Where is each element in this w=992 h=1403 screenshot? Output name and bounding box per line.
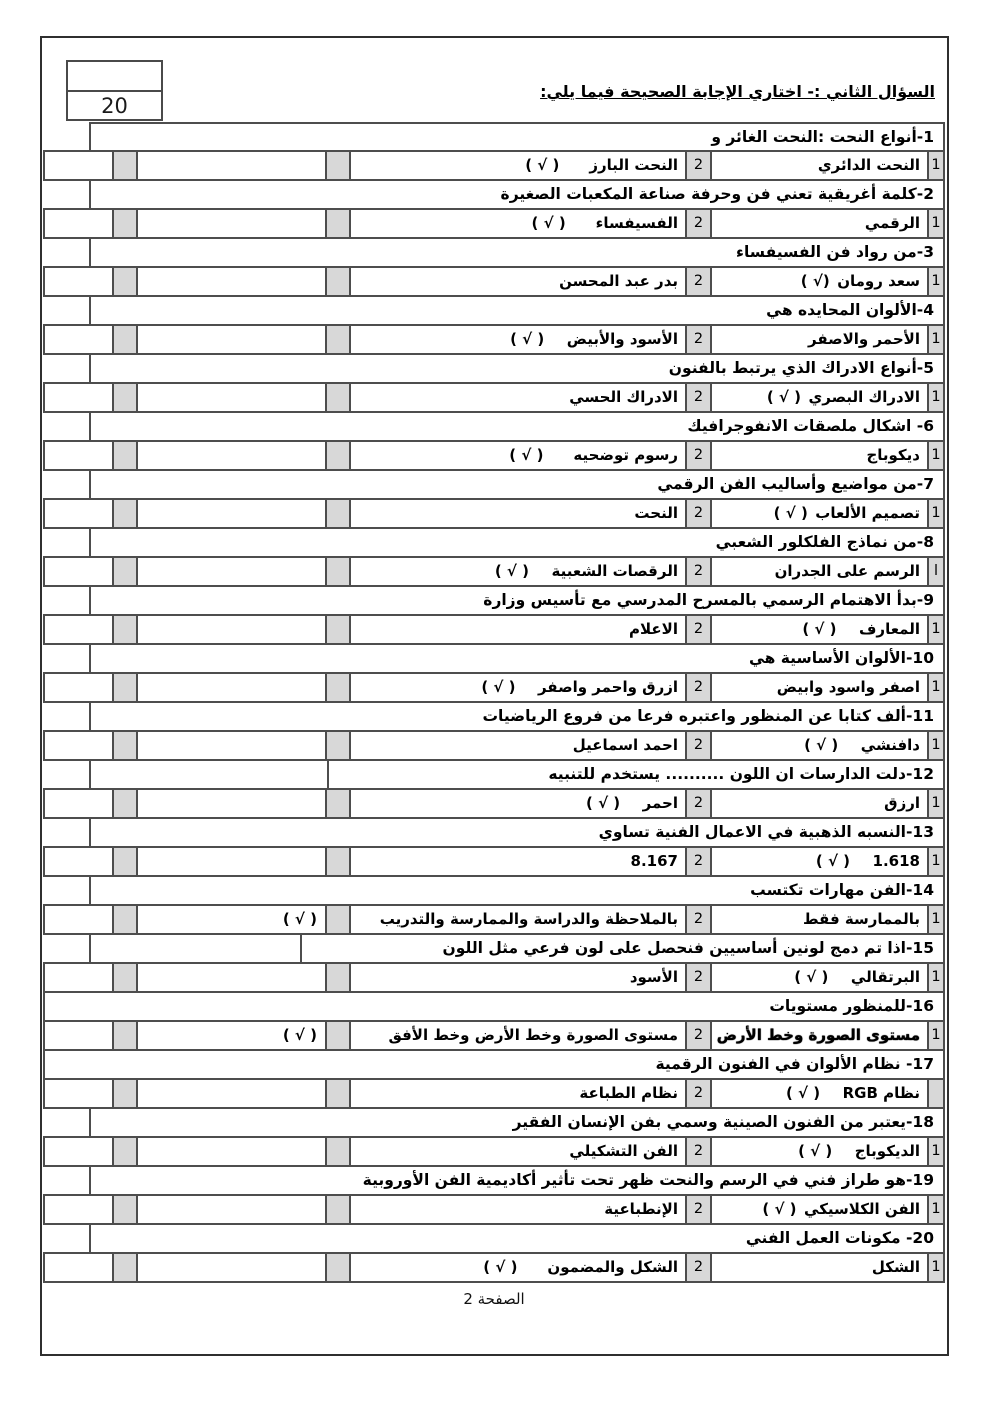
option2-number-box[interactable]: 2 <box>685 906 710 933</box>
question-text: 20- مكونات العمل الفني <box>91 1225 943 1251</box>
option1-number-box[interactable]: 1 <box>927 210 943 237</box>
mark-cell[interactable] <box>136 1080 325 1107</box>
mark-cell[interactable] <box>136 210 325 237</box>
question-text: 16-للمنظور مستويات <box>45 993 943 1019</box>
question-text: 11-ألف كتابا عن المنظور واعتبره فرعا من … <box>91 703 943 729</box>
answer-row-20: 1 الشكل 2 الشكل والمضمون ( √ ) <box>43 1252 945 1283</box>
answer-row-14: 1 بالممارسة فقط 2 بالملاحظة والدراسة وال… <box>43 904 945 935</box>
option1-cell[interactable]: الشكل <box>710 1254 927 1281</box>
empty-cell[interactable] <box>45 1196 112 1223</box>
shaded-divider <box>325 906 349 933</box>
question-text: 10-الألوان الأساسية هي <box>91 645 943 671</box>
option2-cell[interactable]: نظام الطباعة <box>349 1080 685 1107</box>
option1-number-box[interactable]: 1 <box>927 268 943 295</box>
shaded-divider <box>112 1254 136 1281</box>
question-text: 15-اذا تم دمج لونين أساسيين فنحصل على لو… <box>91 935 943 961</box>
question-text: 2-كلمة أغريقية تعني فن وحرفة صناعة المكع… <box>91 181 943 207</box>
option2-number-box[interactable]: 2 <box>685 790 710 817</box>
question-row-18: 18-يعتبر من الفنون الصينية وسمي بفن الإن… <box>89 1109 945 1136</box>
empty-cell[interactable] <box>45 1022 112 1049</box>
mark-cell[interactable] <box>136 268 325 295</box>
option1-number-box[interactable]: 1 <box>927 326 943 353</box>
option1-cell[interactable]: دافنشي ( √ ) <box>710 732 927 759</box>
option1-cell[interactable]: سعد رومان (√ ) <box>710 268 927 295</box>
answer-row-9: 1 المعارف ( √ ) 2 الاعلام <box>43 614 945 645</box>
empty-cell[interactable] <box>45 442 112 469</box>
option2-cell[interactable]: النحت البارز ( √ ) <box>349 152 685 179</box>
section-title: السؤال الثاني :- اختاري الإجابة الصحيحة … <box>540 82 935 101</box>
question-row-19: 19-هو طراز فني في الرسم والنحت ظهر تحت ت… <box>89 1167 945 1194</box>
option1-number-box[interactable]: 1 <box>927 790 943 817</box>
option1-number-box[interactable]: 1 <box>927 964 943 991</box>
option1-number-box[interactable]: 1 <box>927 848 943 875</box>
shaded-divider <box>325 732 349 759</box>
answer-row-18: 1 الديكوباج ( √ ) 2 الفن التشكيلي <box>43 1136 945 1167</box>
answer-row-10: 1 اصفر واسود وابيض 2 ازرق واحمر واصفر ( … <box>43 672 945 703</box>
option2-cell[interactable]: الفسيفساء ( √ ) <box>349 210 685 237</box>
answer-row-11: 1 دافنشي ( √ ) 2 احمد اسماعيل <box>43 730 945 761</box>
option2-number-box[interactable]: 2 <box>685 1080 710 1107</box>
question-row-15: 15-اذا تم دمج لونين أساسيين فنحصل على لو… <box>89 935 945 962</box>
question-row-13: 13-النسبه الذهبية في الاعمال الفنية تساو… <box>89 819 945 846</box>
option2-cell[interactable]: بالملاحظة والدراسة والممارسة والتدريب <box>349 906 685 933</box>
option1-cell[interactable]: نظام RGB ( √ ) <box>710 1080 927 1107</box>
shaded-divider <box>112 152 136 179</box>
empty-cell[interactable] <box>45 1254 112 1281</box>
option2-number-box[interactable]: 2 <box>685 1138 710 1165</box>
option1-number-box[interactable] <box>927 1080 943 1107</box>
shaded-divider <box>325 674 349 701</box>
option2-cell[interactable]: مستوى الصورة وخط الأرض وخط الأفق <box>349 1022 685 1049</box>
shaded-divider <box>112 674 136 701</box>
option2-number-box[interactable]: 2 <box>685 616 710 643</box>
answer-row-2: 1 الرقمي 2 الفسيفساء ( √ ) <box>43 208 945 239</box>
option1-number-box[interactable]: 1 <box>927 732 943 759</box>
answer-row-8: ا الرسم على الجدران 2 الرقصات الشعبية ( … <box>43 556 945 587</box>
option2-number-box[interactable]: 2 <box>685 1254 710 1281</box>
option1-cell[interactable]: الادراك البصري ( √ ) <box>710 384 927 411</box>
mark-cell[interactable] <box>136 674 325 701</box>
option2-number-box[interactable]: 2 <box>685 442 710 469</box>
empty-cell[interactable] <box>45 558 112 585</box>
option1-cell[interactable]: البرتقالي ( √ ) <box>710 964 927 991</box>
shaded-divider <box>325 152 349 179</box>
empty-cell[interactable] <box>45 1138 112 1165</box>
option1-cell[interactable]: الأحمر والاصفر <box>710 326 927 353</box>
question-row-10: 10-الألوان الأساسية هي <box>89 645 945 672</box>
shaded-divider <box>112 790 136 817</box>
empty-cell[interactable] <box>45 152 112 179</box>
option2-cell[interactable]: رسوم توضحيه ( √ ) <box>349 442 685 469</box>
option1-cell[interactable]: اصفر واسود وابيض <box>710 674 927 701</box>
option1-number-box[interactable]: 1 <box>927 1254 943 1281</box>
option1-cell[interactable]: الرقمي <box>710 210 927 237</box>
page-number-footer: الصفحة 2 <box>43 1290 945 1308</box>
shaded-divider <box>112 500 136 527</box>
answer-row-6: 1 ديكوباج 2 رسوم توضحيه ( √ ) <box>43 440 945 471</box>
option1-number-box[interactable]: ا <box>927 558 943 585</box>
option2-number-box[interactable]: 2 <box>685 500 710 527</box>
option1-cell[interactable]: مستوى الصورة وخط الأرض <box>710 1022 927 1049</box>
shaded-divider <box>112 210 136 237</box>
empty-cell[interactable] <box>45 268 112 295</box>
answer-row-4: 1 الأحمر والاصفر 2 الأسود والأبيض ( √ ) <box>43 324 945 355</box>
answer-row-12: 1 ارزق 2 احمر ( √ ) <box>43 788 945 819</box>
answer-row-16: 1 مستوى الصورة وخط الأرض 2 مستوى الصورة … <box>43 1020 945 1051</box>
empty-cell[interactable] <box>45 500 112 527</box>
question-row-5: 5-أنواع الادراك الذي يرتبط بالفنون <box>89 355 945 382</box>
option1-number-box[interactable]: 1 <box>927 384 943 411</box>
shaded-divider <box>325 500 349 527</box>
question-row-8: 8-من نماذج الفلكلور الشعبي <box>89 529 945 556</box>
question-text: 1-أنواع النحت :النحت الغائر و <box>91 124 943 150</box>
shaded-divider <box>112 906 136 933</box>
answer-row-5: 1 الادراك البصري ( √ ) 2 الادراك الحسي <box>43 382 945 413</box>
empty-cell[interactable] <box>45 210 112 237</box>
option2-cell[interactable]: احمد اسماعيل <box>349 732 685 759</box>
empty-cell[interactable] <box>45 964 112 991</box>
option1-number-box[interactable]: 1 <box>927 152 943 179</box>
option1-number-box[interactable]: 1 <box>927 500 943 527</box>
answer-row-3: 1 سعد رومان (√ ) 2 بدر عبد المحسن <box>43 266 945 297</box>
empty-cell[interactable] <box>45 326 112 353</box>
option2-cell[interactable]: الادراك الحسي <box>349 384 685 411</box>
shaded-divider <box>325 442 349 469</box>
question-text: 9-بدأ الاهتمام الرسمي بالمسرح المدرسي مع… <box>91 587 943 613</box>
question-text: 19-هو طراز فني في الرسم والنحت ظهر تحت ت… <box>91 1167 943 1193</box>
option1-number-box[interactable]: 1 <box>927 1138 943 1165</box>
question-text: 12-دلت الدارسات ان اللون .......... يستخ… <box>91 761 943 787</box>
score-box-group: 20 <box>66 60 163 121</box>
shaded-divider <box>112 1196 136 1223</box>
option1-cell[interactable]: 1.618 ( √ ) <box>710 848 927 875</box>
option2-cell[interactable]: الإنطباعية <box>349 1196 685 1223</box>
shaded-divider <box>325 964 349 991</box>
option2-cell[interactable]: الأسود <box>349 964 685 991</box>
question-row-12: 12-دلت الدارسات ان اللون .......... يستخ… <box>89 761 945 788</box>
question-text: 17- نظام الألوان في الفنون الرقمية <box>45 1051 943 1077</box>
option1-cell[interactable]: بالممارسة فقط <box>710 906 927 933</box>
shaded-divider <box>325 558 349 585</box>
option1-number-box[interactable]: 1 <box>927 1196 943 1223</box>
question-row-4: 4-الألوان المحايده هي <box>89 297 945 324</box>
option2-number-box[interactable]: 2 <box>685 732 710 759</box>
question-text: 3-من رواد فن الفسيفساء <box>91 239 943 265</box>
empty-cell[interactable] <box>45 1080 112 1107</box>
empty-cell[interactable] <box>45 906 112 933</box>
question-row-6: 6- اشكال ملصقات الانفوجرافيك <box>89 413 945 440</box>
shaded-divider <box>325 1022 349 1049</box>
question-text: 18-يعتبر من الفنون الصينية وسمي بفن الإن… <box>91 1109 943 1135</box>
score-box-empty[interactable] <box>66 60 163 92</box>
answer-row-7: 1 تصميم الألعاب ( √ ) 2 النحت <box>43 498 945 529</box>
shaded-divider <box>325 1080 349 1107</box>
option2-cell[interactable]: الرقصات الشعبية ( √ ) <box>349 558 685 585</box>
answer-row-15: 1 البرتقالي ( √ ) 2 الأسود <box>43 962 945 993</box>
option2-number-box[interactable]: 2 <box>685 558 710 585</box>
option2-cell[interactable]: الفن التشكيلي <box>349 1138 685 1165</box>
question-text: 6- اشكال ملصقات الانفوجرافيك <box>91 413 943 439</box>
mark-cell[interactable] <box>136 558 325 585</box>
shaded-divider <box>112 1080 136 1107</box>
option1-cell[interactable]: الرسم على الجدران <box>710 558 927 585</box>
questions-table: 1-أنواع النحت :النحت الغائر و 1 النحت ال… <box>43 122 945 1283</box>
shaded-divider <box>325 1138 349 1165</box>
mark-cell[interactable] <box>136 964 325 991</box>
shaded-divider <box>112 1022 136 1049</box>
empty-cell[interactable] <box>45 384 112 411</box>
shaded-divider <box>325 384 349 411</box>
option2-number-box[interactable]: 2 <box>685 674 710 701</box>
shaded-divider <box>112 616 136 643</box>
shaded-divider <box>112 384 136 411</box>
mark-cell[interactable]: ( √ ) <box>136 1022 325 1049</box>
question-row-1: 1-أنواع النحت :النحت الغائر و <box>89 122 945 150</box>
question-row-17: 17- نظام الألوان في الفنون الرقمية <box>43 1051 945 1078</box>
mark-cell[interactable] <box>136 1196 325 1223</box>
empty-cell[interactable] <box>45 790 112 817</box>
option1-cell[interactable]: النحت الدائري <box>710 152 927 179</box>
option1-cell[interactable]: الديكوباج ( √ ) <box>710 1138 927 1165</box>
shaded-divider <box>112 964 136 991</box>
mark-cell[interactable] <box>136 500 325 527</box>
shaded-divider <box>325 1254 349 1281</box>
shaded-divider <box>112 848 136 875</box>
mark-cell[interactable] <box>136 1138 325 1165</box>
shaded-divider <box>112 732 136 759</box>
option2-number-box[interactable]: 2 <box>685 326 710 353</box>
shaded-divider <box>112 268 136 295</box>
empty-cell[interactable] <box>45 616 112 643</box>
option1-cell[interactable]: الفن الكلاسيكي ( √ ) <box>710 1196 927 1223</box>
mark-cell[interactable] <box>136 790 325 817</box>
shaded-divider <box>325 268 349 295</box>
shaded-divider <box>325 1196 349 1223</box>
mark-cell[interactable] <box>136 732 325 759</box>
option2-cell[interactable]: بدر عبد المحسن <box>349 268 685 295</box>
option1-cell[interactable]: ديكوباج <box>710 442 927 469</box>
mark-cell[interactable]: ( √ ) <box>136 906 325 933</box>
mark-cell[interactable] <box>136 616 325 643</box>
shaded-divider <box>112 558 136 585</box>
option2-cell[interactable]: النحت <box>349 500 685 527</box>
shaded-divider <box>112 326 136 353</box>
question-row-11: 11-ألف كتابا عن المنظور واعتبره فرعا من … <box>89 703 945 730</box>
option2-cell[interactable]: الاعلام <box>349 616 685 643</box>
shaded-divider <box>112 442 136 469</box>
shaded-divider <box>325 616 349 643</box>
question-row-9: 9-بدأ الاهتمام الرسمي بالمسرح المدرسي مع… <box>89 587 945 614</box>
shaded-divider <box>325 848 349 875</box>
question-text: 7-من مواضيع وأساليب الفن الرقمي <box>91 471 943 497</box>
option2-cell[interactable]: احمر ( √ ) <box>349 790 685 817</box>
mark-cell[interactable] <box>136 1254 325 1281</box>
option2-number-box[interactable]: 2 <box>685 1196 710 1223</box>
empty-cell[interactable] <box>45 732 112 759</box>
mark-cell[interactable] <box>136 384 325 411</box>
question-text: 8-من نماذج الفلكلور الشعبي <box>91 529 943 555</box>
option2-number-box[interactable]: 2 <box>685 384 710 411</box>
empty-cell[interactable] <box>45 674 112 701</box>
question-row-2: 2-كلمة أغريقية تعني فن وحرفة صناعة المكع… <box>89 181 945 208</box>
option2-cell[interactable]: الأسود والأبيض ( √ ) <box>349 326 685 353</box>
option2-cell[interactable]: ازرق واحمر واصفر ( √ ) <box>349 674 685 701</box>
answer-row-19: 1 الفن الكلاسيكي ( √ ) 2 الإنطباعية <box>43 1194 945 1225</box>
mark-cell[interactable] <box>136 326 325 353</box>
score-box-value[interactable]: 20 <box>66 90 163 121</box>
question-text: 5-أنواع الادراك الذي يرتبط بالفنون <box>91 355 943 381</box>
question-row-3: 3-من رواد فن الفسيفساء <box>89 239 945 266</box>
option2-number-box[interactable]: 2 <box>685 964 710 991</box>
option1-number-box[interactable]: 1 <box>927 1022 943 1049</box>
option2-cell[interactable]: الشكل والمضمون ( √ ) <box>349 1254 685 1281</box>
option1-number-box[interactable]: 1 <box>927 442 943 469</box>
mark-cell[interactable] <box>136 442 325 469</box>
option1-cell[interactable]: ارزق <box>710 790 927 817</box>
mark-cell[interactable] <box>136 848 325 875</box>
option2-number-box[interactable]: 2 <box>685 210 710 237</box>
question-row-14: 14-الفن مهارات تكتسب <box>89 877 945 904</box>
option1-number-box[interactable]: 1 <box>927 906 943 933</box>
option2-cell[interactable]: 8.167 <box>349 848 685 875</box>
option2-number-box[interactable]: 2 <box>685 268 710 295</box>
question-row-20: 20- مكونات العمل الفني <box>89 1225 945 1252</box>
question-text: 14-الفن مهارات تكتسب <box>91 877 943 903</box>
question-row-16: 16-للمنظور مستويات <box>43 993 945 1020</box>
option1-cell[interactable]: المعارف ( √ ) <box>710 616 927 643</box>
shaded-divider <box>112 1138 136 1165</box>
shaded-divider <box>325 326 349 353</box>
question-text: 4-الألوان المحايده هي <box>91 297 943 323</box>
shaded-divider <box>325 210 349 237</box>
empty-cell[interactable] <box>45 848 112 875</box>
answer-row-17: نظام RGB ( √ ) 2 نظام الطباعة <box>43 1078 945 1109</box>
mark-cell[interactable] <box>136 152 325 179</box>
option1-cell[interactable]: تصميم الألعاب ( √ ) <box>710 500 927 527</box>
answer-row-1: 1 النحت الدائري 2 النحت البارز ( √ ) <box>43 150 945 181</box>
shaded-divider <box>325 790 349 817</box>
option2-number-box[interactable]: 2 <box>685 152 710 179</box>
question-row-7: 7-من مواضيع وأساليب الفن الرقمي <box>89 471 945 498</box>
option1-number-box[interactable]: 1 <box>927 674 943 701</box>
option2-number-box[interactable]: 2 <box>685 848 710 875</box>
answer-row-13: 1 1.618 ( √ ) 2 8.167 <box>43 846 945 877</box>
option1-number-box[interactable]: 1 <box>927 616 943 643</box>
option2-number-box[interactable]: 2 <box>685 1022 710 1049</box>
question-text: 13-النسبه الذهبية في الاعمال الفنية تساو… <box>91 819 943 845</box>
